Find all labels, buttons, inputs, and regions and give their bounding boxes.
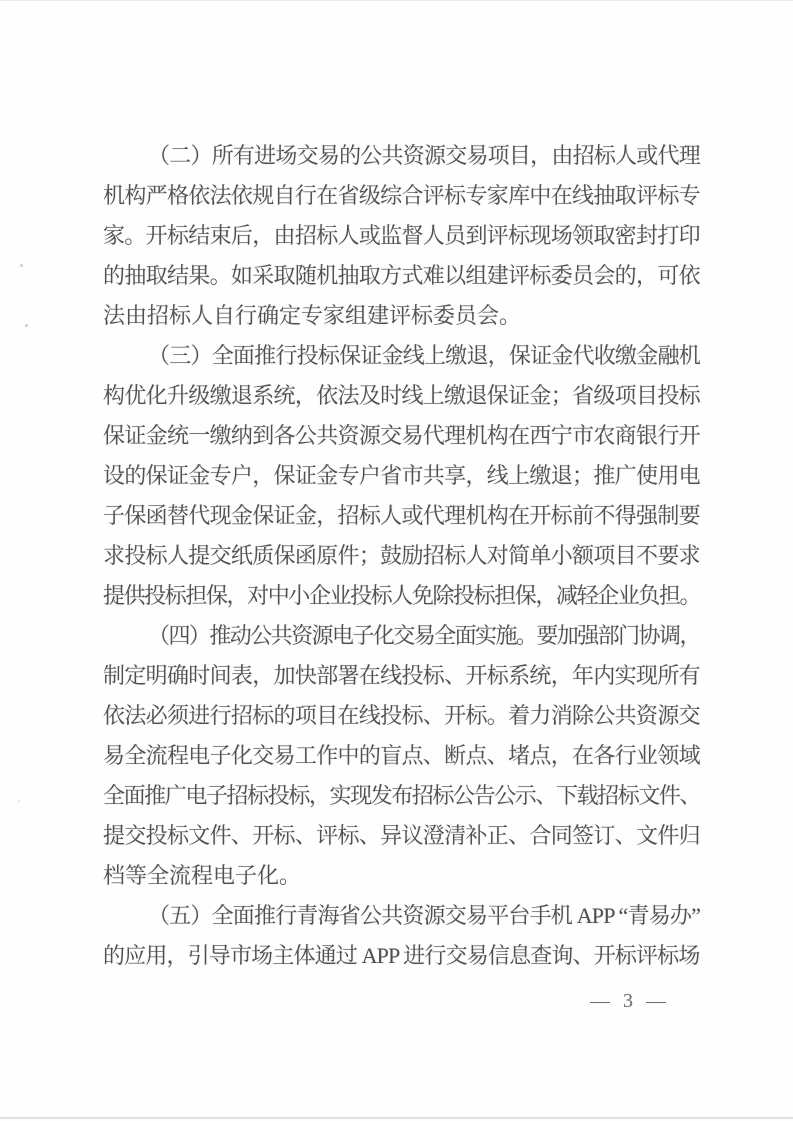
text-line: 法由招标人自行确定专家组建评标委员会。 — [103, 296, 700, 336]
text-line: 易全流程电子化交易工作中的盲点、断点、堵点，在各行业领域 — [103, 736, 700, 776]
text-line: 档等全流程电子化。 — [103, 856, 700, 896]
paragraph: （五）全面推行青海省公共资源交易平台手机 APP “青易办”的应用，引导市场主体… — [103, 896, 700, 976]
document-body: （二）所有进场交易的公共资源交易项目，由招标人或代理机构严格依法依规自行在省级综… — [103, 136, 700, 976]
text-line: 机构严格依法依规自行在省级综合评标专家库中在线抽取评标专 — [103, 176, 700, 216]
document-page: （二）所有进场交易的公共资源交易项目，由招标人或代理机构严格依法依规自行在省级综… — [0, 0, 793, 1121]
text-line: 求投标人提交纸质保函原件；鼓励招标人对简单小额项目不要求 — [103, 536, 700, 576]
text-line: 设的保证金专户，保证金专户省市共享，线上缴退；推广使用电 — [103, 456, 700, 496]
page-number: — 3 — — [560, 990, 700, 1013]
text-line: （三）全面推行投标保证金线上缴退，保证金代收缴金融机 — [103, 336, 700, 376]
text-line: （四）推动公共资源电子化交易全面实施。要加强部门协调， — [103, 616, 700, 656]
text-line: 子保函替代现金保证金，招标人或代理机构在开标前不得强制要 — [103, 496, 700, 536]
scan-speck — [20, 264, 23, 267]
text-line: 保证金统一缴纳到各公共资源交易代理机构在西宁市农商银行开 — [103, 416, 700, 456]
paragraph: （二）所有进场交易的公共资源交易项目，由招标人或代理机构严格依法依规自行在省级综… — [103, 136, 700, 336]
text-line: （五）全面推行青海省公共资源交易平台手机 APP “青易办” — [103, 896, 700, 936]
scan-edge-bottom — [0, 1117, 793, 1119]
text-line: 全面推广电子招标投标，实现发布招标公告公示、下载招标文件、 — [103, 776, 700, 816]
text-line: 提交投标文件、开标、评标、异议澄清补正、合同签订、文件归 — [103, 816, 700, 856]
text-line: 的抽取结果。如采取随机抽取方式难以组建评标委员会的，可依 — [103, 256, 700, 296]
scan-edge-top — [0, 0, 793, 1]
scan-speck — [25, 324, 28, 327]
text-line: 依法必须进行招标的项目在线投标、开标。着力消除公共资源交 — [103, 696, 700, 736]
paragraph: （三）全面推行投标保证金线上缴退，保证金代收缴金融机构优化升级缴退系统，依法及时… — [103, 336, 700, 616]
text-line: （二）所有进场交易的公共资源交易项目，由招标人或代理 — [103, 136, 700, 176]
scan-speck — [18, 800, 20, 802]
paragraph: （四）推动公共资源电子化交易全面实施。要加强部门协调，制定明确时间表，加快部署在… — [103, 616, 700, 896]
text-line: 构优化升级缴退系统，依法及时线上缴退保证金；省级项目投标 — [103, 376, 700, 416]
text-line: 家。开标结束后，由招标人或监督人员到评标现场领取密封打印 — [103, 216, 700, 256]
text-line: 的应用，引导市场主体通过 APP 进行交易信息查询、开标评标场 — [103, 936, 700, 976]
text-line: 提供投标担保，对中小企业投标人免除投标担保，减轻企业负担。 — [103, 576, 700, 616]
text-line: 制定明确时间表，加快部署在线投标、开标系统，年内实现所有 — [103, 656, 700, 696]
